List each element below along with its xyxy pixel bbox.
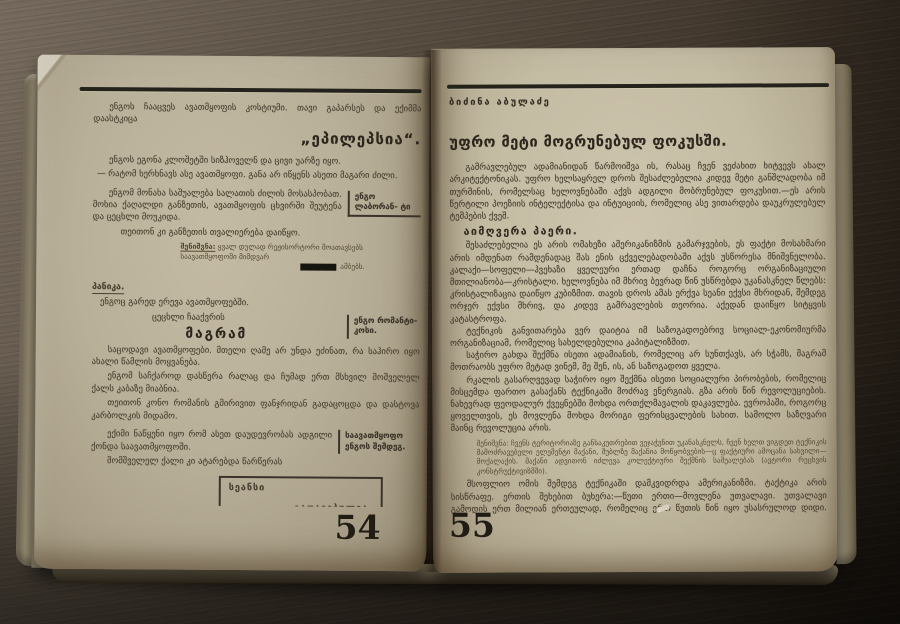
photo-of-open-book-on-wooden-table: ენგოს ჩააცვეს ავათმყოფის კოსტიუმი. თავი … — [0, 0, 900, 624]
author-name: ბიძინა აბულაძე — [449, 95, 825, 109]
sign-word-seansi: სეანსი — [229, 482, 265, 495]
paragraph: თეითონ კი განზეთის თვალიერება დაიწყო. — [93, 226, 421, 241]
paragraph: საცოდავი ავათმყოფები. მთელი ღამე არ უნდა… — [92, 344, 420, 371]
paragraph: ენგოც გარედ ერევა ავათმყოფებში. — [92, 296, 420, 311]
paragraph: შესაძლებელია ეს არის ომახეზი ამერიკანიზმ… — [450, 239, 826, 326]
footnote-text-end: ამბებს. — [340, 262, 365, 271]
paragraph: საჭირო გახდა შექმნა ისეთი ადამიანის, რომ… — [450, 348, 826, 374]
left-page: ენგოს ჩააცვეს ავათმყოფის კოსტიუმი. თავი … — [34, 55, 430, 572]
centered-heading-magram: მაგრამ — [92, 327, 380, 341]
paragraph: ტექნიკის განვითარება ვერ დაიტია იმ საზოგ… — [450, 324, 826, 350]
paragraph: რკალის გასარღვევად საჭირო იყო შექმნა ისე… — [450, 373, 826, 436]
seance-finished-sign-box: სეანსი გათავებულია. — [219, 476, 383, 507]
right-page-top-rule — [447, 83, 829, 89]
paragraph: მომშველელ ქალი კი ატარებდა წარწერას — [91, 455, 419, 470]
subheading-panika: პანიკა. — [92, 281, 124, 295]
page-number-55: 55 — [449, 506, 495, 545]
paragraph: თეითონ კონო რომანის გმირივით ფანჯრიდან გ… — [91, 397, 419, 424]
article-title: უფრო მეტი მოგრუნებულ ფოკუსში. — [449, 133, 825, 152]
margin-note-engo-laborant: ენგო ლაბორან- ტი — [348, 190, 421, 217]
paragraph: ენგოს ეგონა კლოშეტში სიზჰოველნ და ცივი უ… — [93, 154, 421, 169]
margin-note-saavatmqopo: საავათმყოფო ენგოს შემდეგ. — [338, 430, 419, 455]
right-page-text-block: ბიძინა აბულაძე უფრო მეტი მოგრუნებულ ფოკუ… — [449, 95, 827, 515]
section-heading: აიმღვერა პაერი. — [450, 224, 826, 238]
sign-word-gatavebulia: გათავებულია. — [294, 502, 373, 507]
blacked-out-word — [300, 263, 336, 270]
left-page-top-rule — [80, 87, 422, 93]
paragraph: ენგომ საჩქაროდ დასწერა რალაც და ჩუმად ერ… — [91, 370, 419, 397]
story-title-epilepsia: „ეპილეპსია“. — [93, 128, 421, 148]
paragraph: ენგოს ჩააცვეს ავათმყოფის კოსტიუმი. თავი … — [93, 101, 421, 128]
dialog-line: — რატომ ხერხნავს ასე ავათმყოფი. განა არ … — [93, 168, 421, 183]
paragraph: გამრავლებულ ადამიანიდან წარმოიშვა ის, რა… — [449, 160, 825, 223]
footnote-small-print: შენიშვნა: ყვალ დულად რეჟისორტორი მოათავს… — [180, 242, 420, 272]
page-number-54: 54 — [334, 508, 380, 547]
paragraph: მსოფლიო ომის შემდეგ ტექნიკაში დამკვიდრდა… — [451, 477, 827, 514]
margin-note-engo-romantikosi: ენგო რომანტი- კოსი. — [347, 315, 420, 340]
footnote-second-line: ამბებს. — [300, 262, 420, 272]
left-page-text-block: ენგოს ჩააცვეს ავათმყოფის კოსტიუმი. თავი … — [91, 101, 422, 507]
right-page: ბიძინა აბულაძე უფრო მეტი მოგრუნებულ ფოკუ… — [431, 47, 837, 573]
footnote-small-print: შენიშვნა: ჩვენს ტერიტორიაზე განსაკუთრები… — [477, 437, 827, 476]
